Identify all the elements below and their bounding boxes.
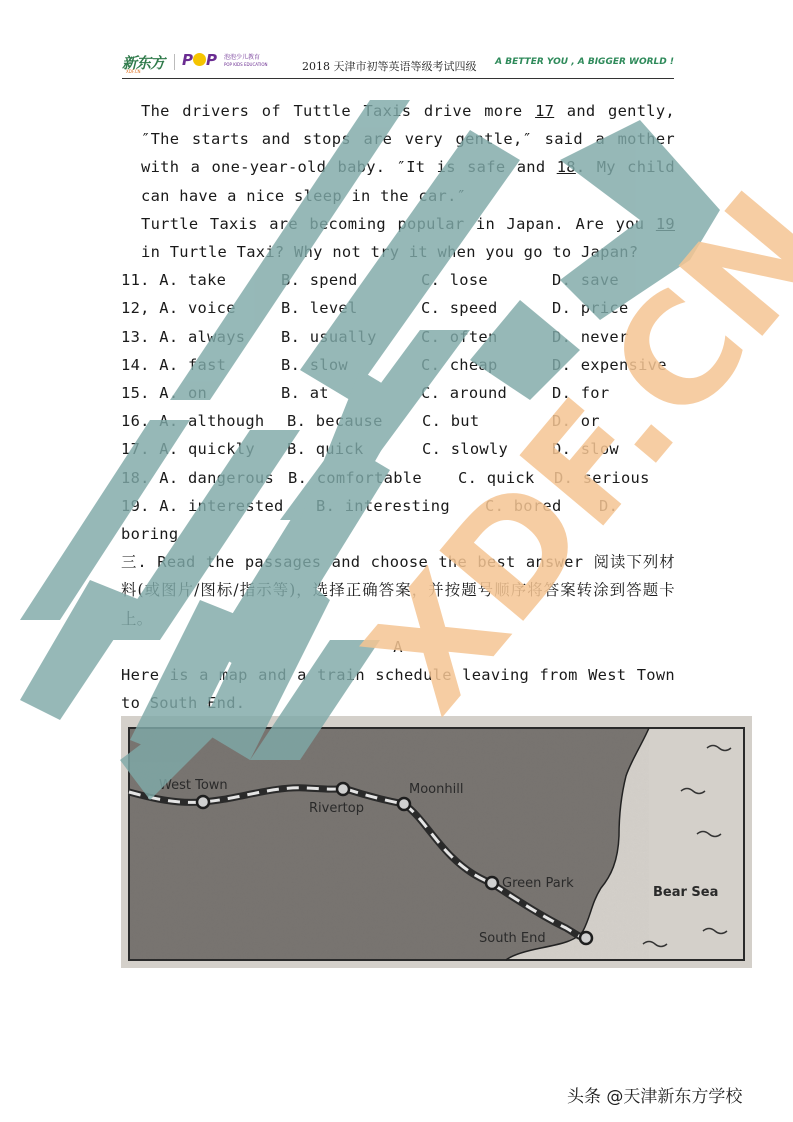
station-rivertop	[337, 783, 349, 795]
question-row: 16. A. althoughB. becauseC. butD. or	[121, 407, 675, 435]
svg-text:West Town: West Town	[159, 778, 228, 793]
passage-paragraph-1: The drivers of Tuttle Taxis drive more 1…	[121, 97, 675, 210]
option: D. never	[552, 323, 675, 351]
option: 11. A. take	[121, 266, 281, 294]
option: 13. A. always	[121, 323, 281, 351]
xdf-logo-subtitle: XDF.CN	[126, 69, 141, 74]
blank-17: 17	[535, 102, 554, 120]
slogan: A BETTER YOU , A BIGGER WORLD !	[495, 57, 674, 67]
question-row: 12, A. voiceB. levelC. speedD. price	[121, 294, 675, 322]
question-list: 11. A. takeB. spendC. loseD. save12, A. …	[121, 266, 675, 520]
pop-sub-cn: 泡泡少儿教育	[224, 54, 260, 61]
svg-text:South End: South End	[479, 931, 546, 946]
question-row: 17. A. quicklyB. quickC. slowlyD. slow	[121, 435, 675, 463]
exam-title: 2018 天津市初等英语等级考试四级	[302, 58, 477, 74]
station-moonhill	[398, 798, 410, 810]
option: 19. A. interested	[121, 492, 316, 520]
logo-divider	[174, 54, 175, 70]
station-west-town	[197, 796, 209, 808]
svg-text:Moonhill: Moonhill	[409, 782, 463, 797]
option: D. serious	[554, 464, 675, 492]
option: C. bored	[485, 492, 599, 520]
pop-logo: PP	[182, 51, 217, 69]
option: 15. A. on	[121, 379, 281, 407]
option: B. quick	[287, 435, 422, 463]
option: D. price	[552, 294, 675, 322]
option: 18. A. dangerous	[121, 464, 288, 492]
blank-18: 18	[557, 158, 576, 176]
option: B. spend	[281, 266, 421, 294]
exam-content: The drivers of Tuttle Taxis drive more 1…	[121, 97, 675, 717]
option: C. quick	[458, 464, 554, 492]
option: D. or	[552, 407, 675, 435]
pop-sub-en: POP KIDS EDUCATION	[224, 62, 267, 67]
option: B. interesting	[316, 492, 485, 520]
station-south-end	[580, 932, 592, 944]
section-3-instructions: 三. Read the passages and choose the best…	[121, 548, 675, 633]
svg-text:Bear Sea: Bear Sea	[653, 885, 718, 900]
question-row: 14. A. fastB. slowC. cheapD. expensive	[121, 351, 675, 379]
option: D. save	[552, 266, 675, 294]
option: C. slowly	[422, 435, 552, 463]
svg-text:Green Park: Green Park	[502, 876, 574, 891]
blank-19: 19	[656, 215, 675, 233]
question-row: 18. A. dangerousB. comfortableC. quickD.…	[121, 464, 675, 492]
option: C. lose	[421, 266, 552, 294]
q19-wrap: boring	[121, 520, 675, 548]
option: C. but	[422, 407, 552, 435]
option: B. slow	[281, 351, 421, 379]
option: C. cheap	[421, 351, 552, 379]
train-route-map: West Town Rivertop Moonhill Green Park S…	[121, 716, 752, 968]
question-row: 13. A. alwaysB. usuallyC. oftenD. never	[121, 323, 675, 351]
question-row: 11. A. takeB. spendC. loseD. save	[121, 266, 675, 294]
option: 14. A. fast	[121, 351, 281, 379]
passage-a-label: A	[121, 633, 675, 661]
option: B. comfortable	[288, 464, 458, 492]
option: D.	[599, 492, 675, 520]
option: 17. A. quickly	[121, 435, 287, 463]
page-header: 新东方 XDF.CN PP 泡泡少儿教育 POP KIDS EDUCATION …	[122, 50, 674, 79]
option: 16. A. although	[121, 407, 287, 435]
option: D. expensive	[552, 351, 675, 379]
question-row: 15. A. onB. atC. aroundD. for	[121, 379, 675, 407]
pop-logo-subtitle: 泡泡少儿教育 POP KIDS EDUCATION	[224, 54, 267, 68]
station-green-park	[486, 877, 498, 889]
passage-a-intro: Here is a map and a train schedule leavi…	[121, 661, 675, 717]
option: C. around	[421, 379, 552, 407]
option: B. because	[287, 407, 422, 435]
smiley-icon	[193, 53, 206, 66]
option: D. for	[552, 379, 675, 407]
option: B. usually	[281, 323, 421, 351]
option: D. slow	[552, 435, 675, 463]
footer-credit: 头条 @天津新东方学校	[567, 1082, 742, 1107]
svg-text:Rivertop: Rivertop	[309, 801, 364, 816]
option: 12, A. voice	[121, 294, 281, 322]
option: B. at	[281, 379, 421, 407]
question-row: 19. A. interestedB. interestingC. boredD…	[121, 492, 675, 520]
option: C. often	[421, 323, 552, 351]
option: B. level	[281, 294, 421, 322]
passage-paragraph-2: Turtle Taxis are becoming popular in Jap…	[121, 210, 675, 266]
option: C. speed	[421, 294, 552, 322]
